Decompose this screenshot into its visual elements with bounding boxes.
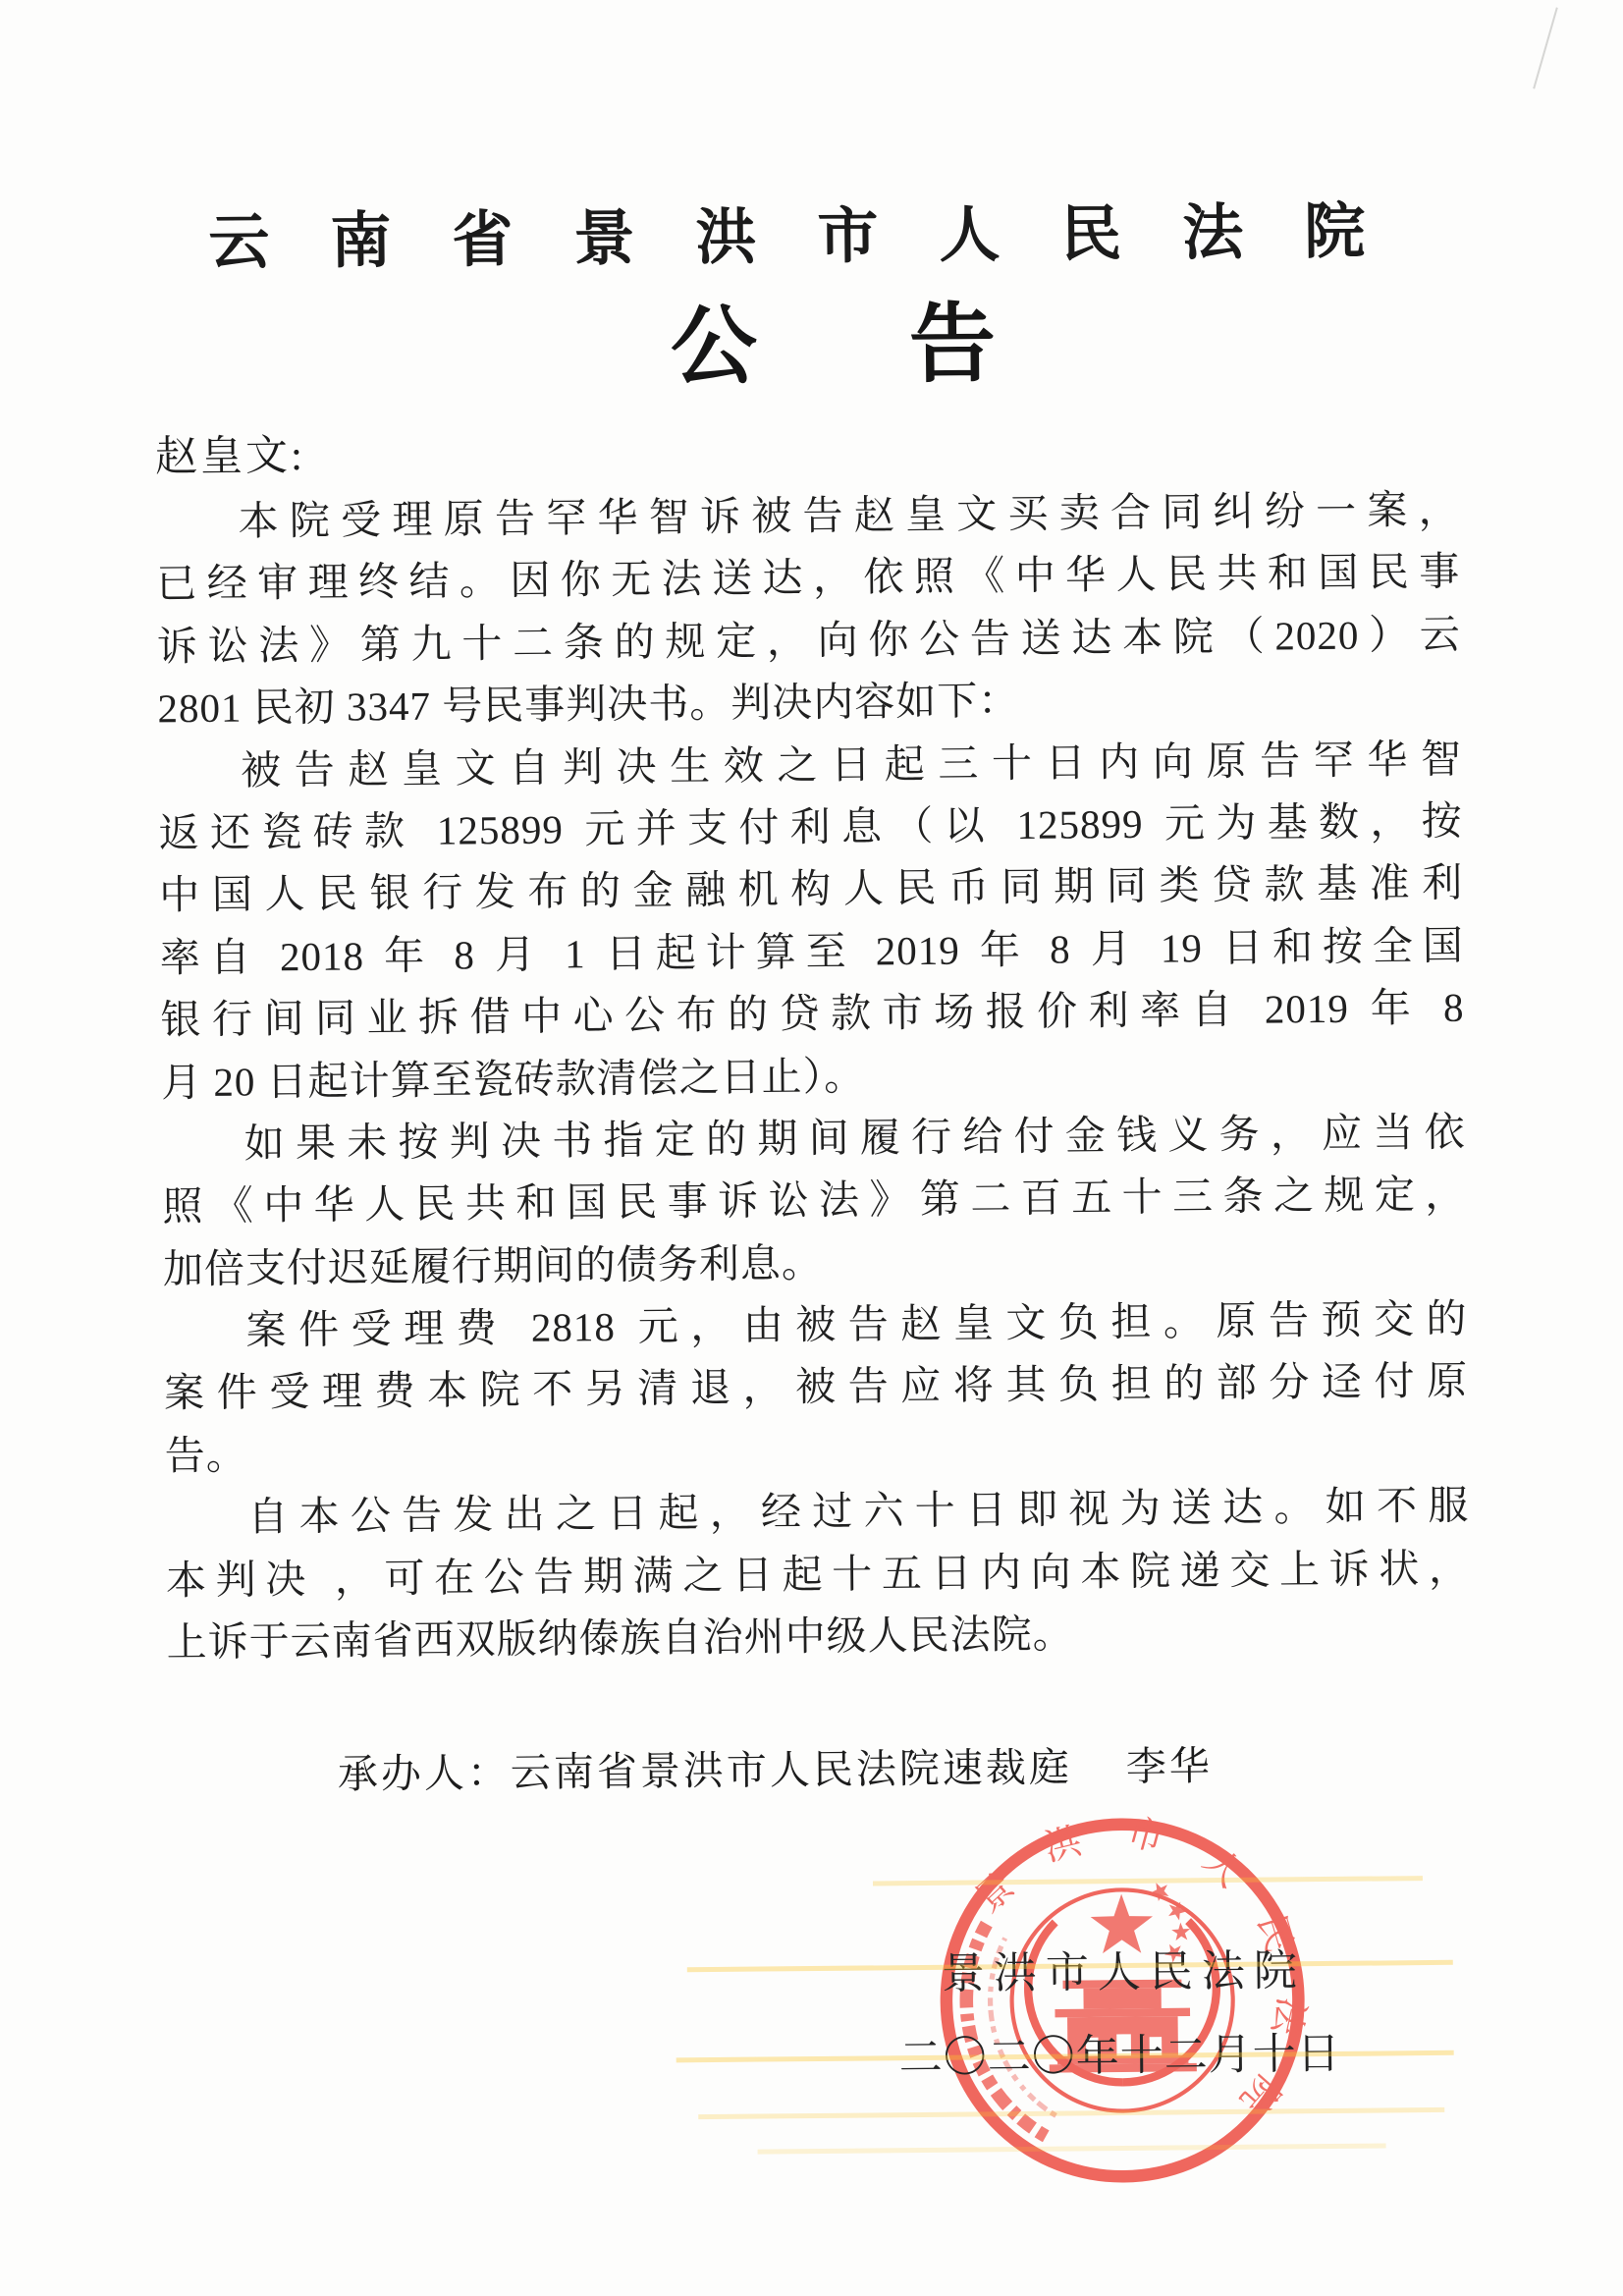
undertaker-line: 承办人：云南省景洪市人民法院速裁庭李华	[338, 1736, 1214, 1804]
announcement-body: 本院受理原告罕华智诉被告赵皇文买卖合同纠纷一案， 已经审理终结。因你无法送达，依…	[155, 479, 1471, 1674]
document-page: 云南省景洪市人民法院 公告 赵皇文: 本院受理原告罕华智诉被告赵皇文买卖合同纠纷…	[0, 0, 1623, 2296]
body-line: 案件受理费本院不另清退，被告应将其负担的部分迳付原	[164, 1350, 1469, 1425]
body-line: 照《中华人民共和国民事诉讼法》第二百五十三条之规定，	[162, 1164, 1467, 1238]
body-line: 银行间同业拆借中心公布的贷款市场报价利率自 2019 年 8	[160, 977, 1465, 1052]
scanned-content: 云南省景洪市人民法院 公告 赵皇文: 本院受理原告罕华智诉被告赵皇文买卖合同纠纷…	[0, 0, 1623, 2296]
body-line: 本判决 ，可在公告期满之日起十五日内向本院递交上诉状，	[166, 1537, 1471, 1612]
undertaker-label: 承办人：云南省景洪市人民法院速裁庭	[338, 1744, 1072, 1796]
issue-date: 二〇二〇年十二月十日	[852, 2025, 1387, 2087]
body-line: 诉讼法》第九十二条的规定，向你公告送达本院（2020）云	[157, 603, 1462, 678]
body-line: 上诉于云南省西双版纳傣族自治州中级人民法院。	[166, 1600, 1471, 1674]
page-title: 云南省景洪市人民法院	[0, 187, 1598, 289]
undertaker-name: 李华	[1126, 1743, 1213, 1789]
addressee: 赵皇文:	[155, 427, 306, 487]
notice-heading: 公告	[21, 279, 1623, 412]
seal-court-name-text: 景洪市人民法院	[864, 1943, 1376, 2003]
